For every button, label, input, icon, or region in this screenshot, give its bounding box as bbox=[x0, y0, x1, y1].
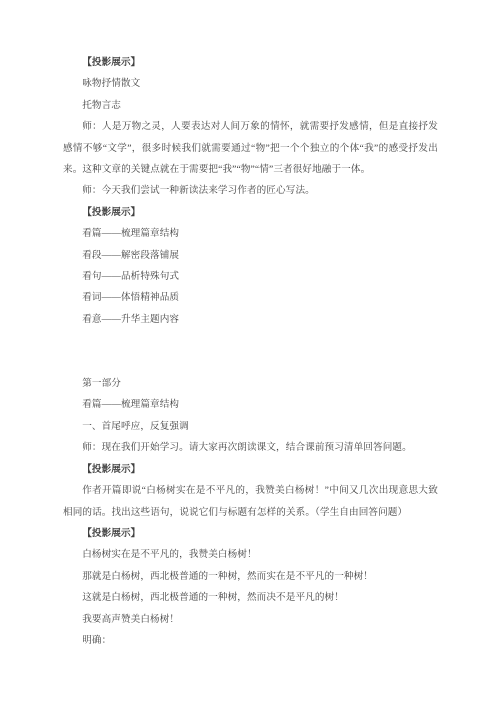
blank-line bbox=[63, 330, 438, 351]
paragraph: 那就是白杨树，西北极普通的一种树，然而实在是不平凡的一种树！ bbox=[63, 566, 438, 587]
document-body: 【投影展示】咏物抒情散文托物言志师：人是万物之灵，人要表达对人间万象的情怀，就需… bbox=[63, 52, 438, 651]
paragraph: 看词——体悟精神品质 bbox=[63, 287, 438, 308]
paragraph: 作者开篇即说“白杨树实在是不平凡的，我赞美白杨树！”中间又几次出现意思大致相同的… bbox=[63, 480, 438, 523]
paragraph: 【投影展示】 bbox=[63, 523, 438, 544]
paragraph: 我要高声赞美白杨树！ bbox=[63, 609, 438, 630]
paragraph: 看篇——梳理篇章结构 bbox=[63, 394, 438, 415]
paragraph: 师：现在我们开始学习。请大家再次朗读课文，结合课前预习清单回答问题。 bbox=[63, 437, 438, 458]
paragraph: 这就是白杨树，西北极普通的一种树，然而决不是平凡的树！ bbox=[63, 587, 438, 608]
paragraph: 师：今天我们尝试一种新读法来学习作者的匠心写法。 bbox=[63, 180, 438, 201]
paragraph: 第一部分 bbox=[63, 373, 438, 394]
paragraph: 看篇——梳理篇章结构 bbox=[63, 223, 438, 244]
paragraph: 一、首尾呼应，反复强调 bbox=[63, 416, 438, 437]
paragraph: 【投影展示】 bbox=[63, 459, 438, 480]
paragraph: 【投影展示】 bbox=[63, 202, 438, 223]
paragraph: 【投影展示】 bbox=[63, 52, 438, 73]
document-page: 【投影展示】咏物抒情散文托物言志师：人是万物之灵，人要表达对人间万象的情怀，就需… bbox=[0, 0, 500, 708]
paragraph: 咏物抒情散文 bbox=[63, 73, 438, 94]
blank-line bbox=[63, 352, 438, 373]
paragraph: 看句——品析特殊句式 bbox=[63, 266, 438, 287]
paragraph: 看意——升华主题内容 bbox=[63, 309, 438, 330]
paragraph: 白杨树实在是不平凡的，我赞美白杨树！ bbox=[63, 544, 438, 565]
paragraph: 看段——解密段落铺展 bbox=[63, 245, 438, 266]
paragraph: 明确： bbox=[63, 630, 438, 651]
paragraph: 托物言志 bbox=[63, 95, 438, 116]
paragraph: 师：人是万物之灵，人要表达对人间万象的情怀，就需要抒发感情，但是直接抒发感情不够… bbox=[63, 116, 438, 180]
